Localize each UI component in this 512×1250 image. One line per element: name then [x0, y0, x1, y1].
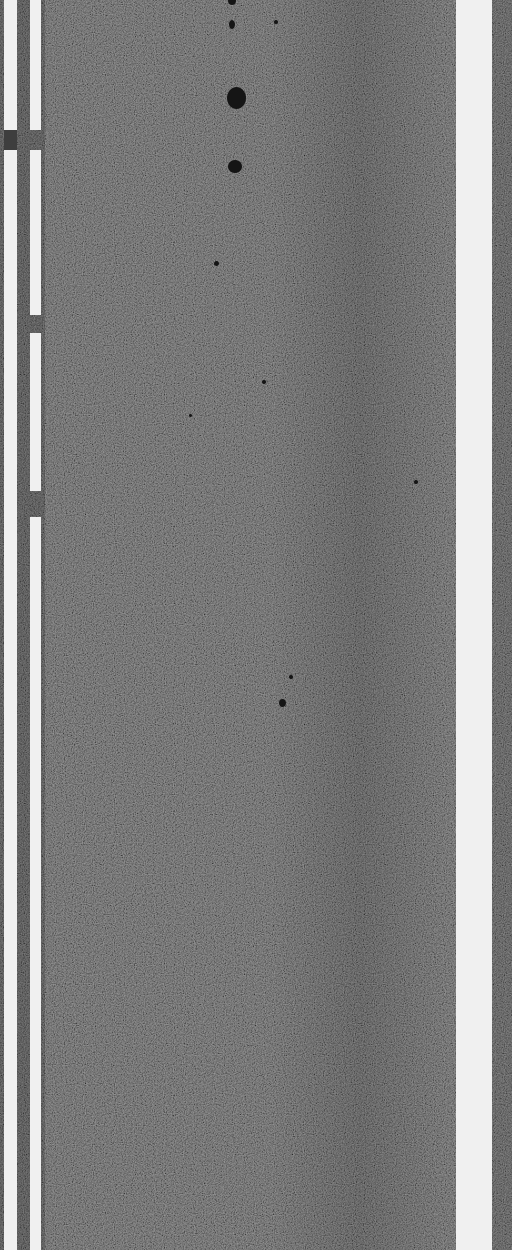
- dash-1: [30, 0, 41, 130]
- oil-spot: [229, 20, 235, 29]
- dash-3: [30, 333, 41, 491]
- oil-spot: [289, 675, 293, 679]
- road-surface-photo: Top-down grayscale view of an asphalt ro…: [0, 0, 512, 1250]
- oil-spot: [228, 160, 242, 173]
- oil-spot: [214, 261, 219, 266]
- oil-spot: [189, 414, 192, 417]
- right-solid-edge-line: [456, 0, 492, 1250]
- dash-4: [30, 517, 41, 1250]
- oil-spot: [279, 699, 286, 707]
- left-solid-edge-line: [4, 0, 17, 1250]
- oil-spot: [262, 380, 266, 384]
- oil-spot: [227, 87, 246, 109]
- oil-spot: [414, 480, 418, 484]
- left-edge-line-gap: [4, 130, 17, 150]
- dash-2: [30, 150, 41, 315]
- asphalt-texture: [0, 0, 512, 1250]
- oil-spot: [274, 20, 278, 24]
